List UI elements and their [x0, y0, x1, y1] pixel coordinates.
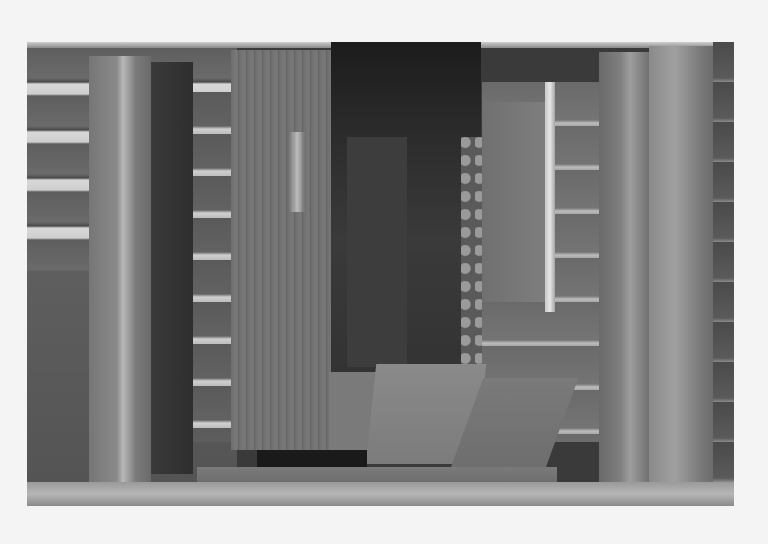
brick-jamb-face: [482, 102, 547, 302]
left-post: [89, 56, 151, 496]
left-post-side: [151, 62, 193, 474]
brick-jamb-edge: [545, 82, 555, 312]
right-post-outer: [649, 46, 713, 490]
right-wall: [713, 42, 734, 488]
plank-highlight: [289, 132, 305, 212]
inner-board: [347, 137, 407, 367]
floor-gap: [257, 450, 367, 468]
plank-door: [231, 50, 331, 450]
photograph: [27, 42, 734, 506]
right-post-inner: [599, 52, 651, 492]
sill-beam: [27, 482, 734, 506]
